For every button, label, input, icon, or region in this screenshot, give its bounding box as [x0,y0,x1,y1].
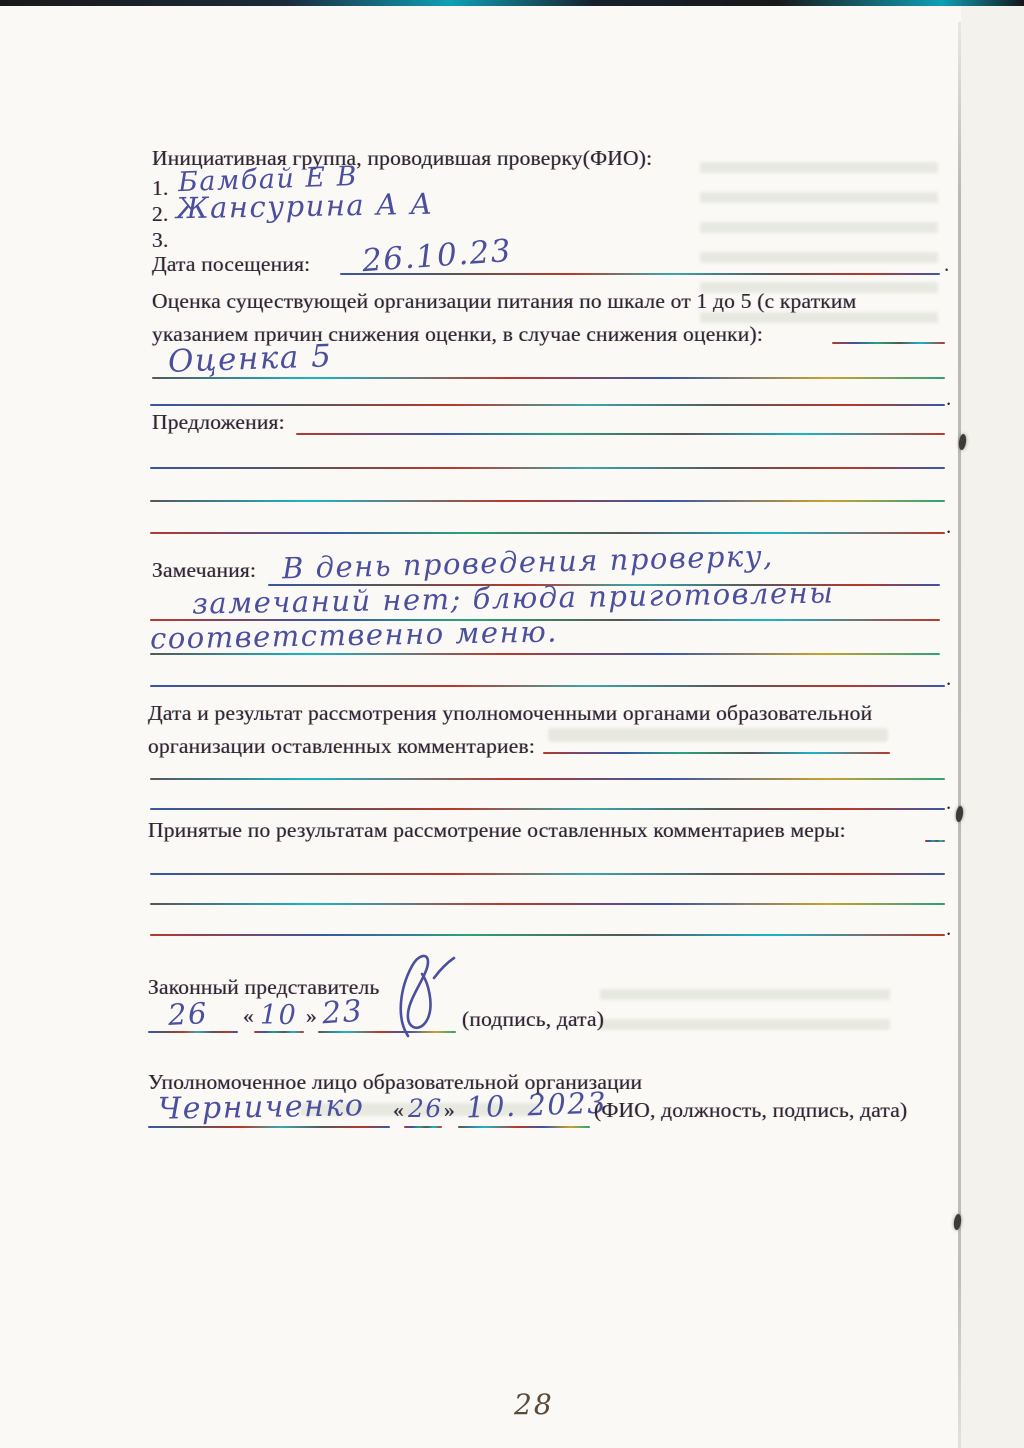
ruled-line [925,840,945,842]
ruled-line [150,532,945,534]
period-mark: . [944,252,949,277]
period-mark: . [946,666,951,691]
period-mark: . [946,386,951,411]
remarks-line3-handwritten: соответственно меню. [150,614,558,655]
measures-label: Принятые по результатам рассмотрение ост… [148,818,846,843]
ruled-line [152,377,945,379]
ruled-line [150,404,945,406]
legal-rep-year-handwritten: 23 [321,994,365,1032]
ruled-line [150,873,945,875]
close-quote: » [444,1098,455,1123]
ruled-line [296,433,945,435]
ruled-line [832,342,945,344]
ruled-line [150,467,945,469]
legal-rep-caption: (подпись, дата) [462,1007,604,1032]
remarks-label: Замечания: [152,558,256,583]
ruled-line [543,752,890,754]
signature-flourish [378,948,468,1040]
ruled-line [150,808,945,810]
ruled-line [404,1126,442,1128]
member2-name-handwritten: Жансурина А А [176,187,434,225]
ruled-line [254,1031,304,1033]
authorized-name-handwritten: Черниченко [158,1088,365,1127]
open-quote: « [243,1004,254,1029]
scan-top-edge [0,0,1024,6]
period-mark: . [946,514,951,539]
ruled-line [150,653,940,655]
ruled-line [458,1126,590,1128]
ruled-line [148,1126,390,1128]
scan-background [961,6,1024,1448]
member2-number: 2. [152,202,169,227]
ruled-line [340,273,940,275]
period-mark: . [946,790,951,815]
member3-number: 3. [152,228,169,253]
rating-value-handwritten: Оценка 5 [167,338,333,380]
authorized-day-handwritten: 26 [408,1094,443,1123]
legal-rep-month-handwritten: 10 [260,1000,297,1031]
bleed-through-artifact [600,972,890,1030]
authorized-caption: (ФИО, должность, подпись, дата) [594,1098,907,1123]
authorized-date-handwritten: 10. 2023 [465,1086,607,1125]
legal-rep-day-handwritten: 26 [167,996,209,1032]
ruled-line [150,934,945,936]
ruled-line [150,500,945,502]
ruled-line [148,1031,238,1033]
visit-date-label: Дата посещения: [152,252,310,277]
ruled-line [150,778,945,780]
close-quote: » [306,1004,317,1029]
period-mark: . [946,916,951,941]
paper-right-edge [958,22,961,1448]
suggestions-label: Предложения: [152,410,285,435]
open-quote: « [393,1098,404,1123]
member1-number: 1. [152,176,169,201]
scanned-form-page: { "colors": { "ink_blue": "#4b4f9e", "pa… [0,0,1024,1448]
page-number-handwritten: 28 [514,1388,554,1421]
ruled-line [150,685,945,687]
ruled-line [150,903,945,905]
